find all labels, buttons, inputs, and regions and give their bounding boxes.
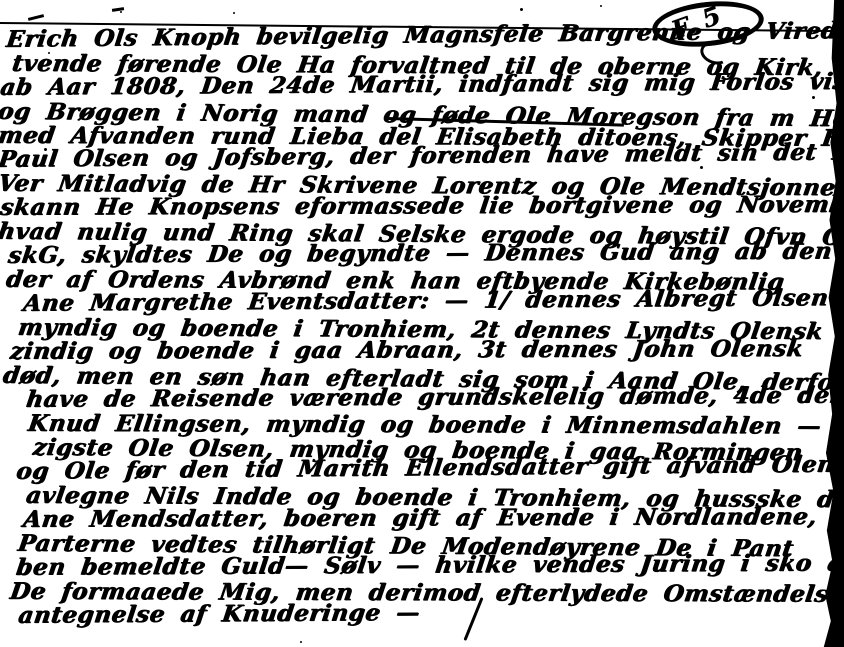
manuscript-line: Paul Olsen og Jofsberg, der forenden hav…: [0, 140, 844, 172]
manuscript-line: antegnelse af Knuderinge —: [17, 601, 422, 628]
pen-tick-mark: [112, 7, 124, 12]
ink-speck: [44, 148, 47, 151]
ink-speck: [48, 52, 50, 54]
manuscript-line: have de Reisende værende grundskelelig d…: [25, 383, 844, 412]
ink-speck: [814, 300, 817, 303]
ink-speck: [700, 166, 703, 169]
manuscript-line: skG, skyldtes De og begyndte — Dennes Gu…: [7, 239, 844, 268]
pen-tick-mark: [28, 14, 44, 21]
ink-speck: [812, 96, 815, 99]
ink-speck: [300, 641, 302, 643]
manuscript-line: og Ole før den tid Marith Ellendsdatter …: [15, 453, 844, 484]
ink-speck: [600, 5, 602, 7]
ink-speck: [233, 12, 235, 14]
manuscript-line: ben bemeldte Guld— Sølv — hvilke vendes …: [15, 551, 844, 580]
ink-speck: [120, 11, 122, 13]
manuscript-line: ab Aar 1808, Den 24de Martii, indfandt s…: [0, 70, 844, 101]
manuscript-scan-page: F. 5 Erich Ols Knoph bevilgelig Magnsfel…: [0, 0, 844, 647]
manuscript-line: Ane Mendsdatter, boeren gift af Evende i…: [22, 505, 844, 532]
manuscript-line: skann He Knopsens eformassede lie bortgi…: [0, 193, 844, 220]
manuscript-line: Ane Margrethe Eventsdatter: — 1/ dennes …: [22, 286, 830, 316]
manuscript-line: zindig og boende i gaa Abraan, 3t dennes…: [9, 337, 805, 364]
ink-speck: [520, 8, 523, 11]
